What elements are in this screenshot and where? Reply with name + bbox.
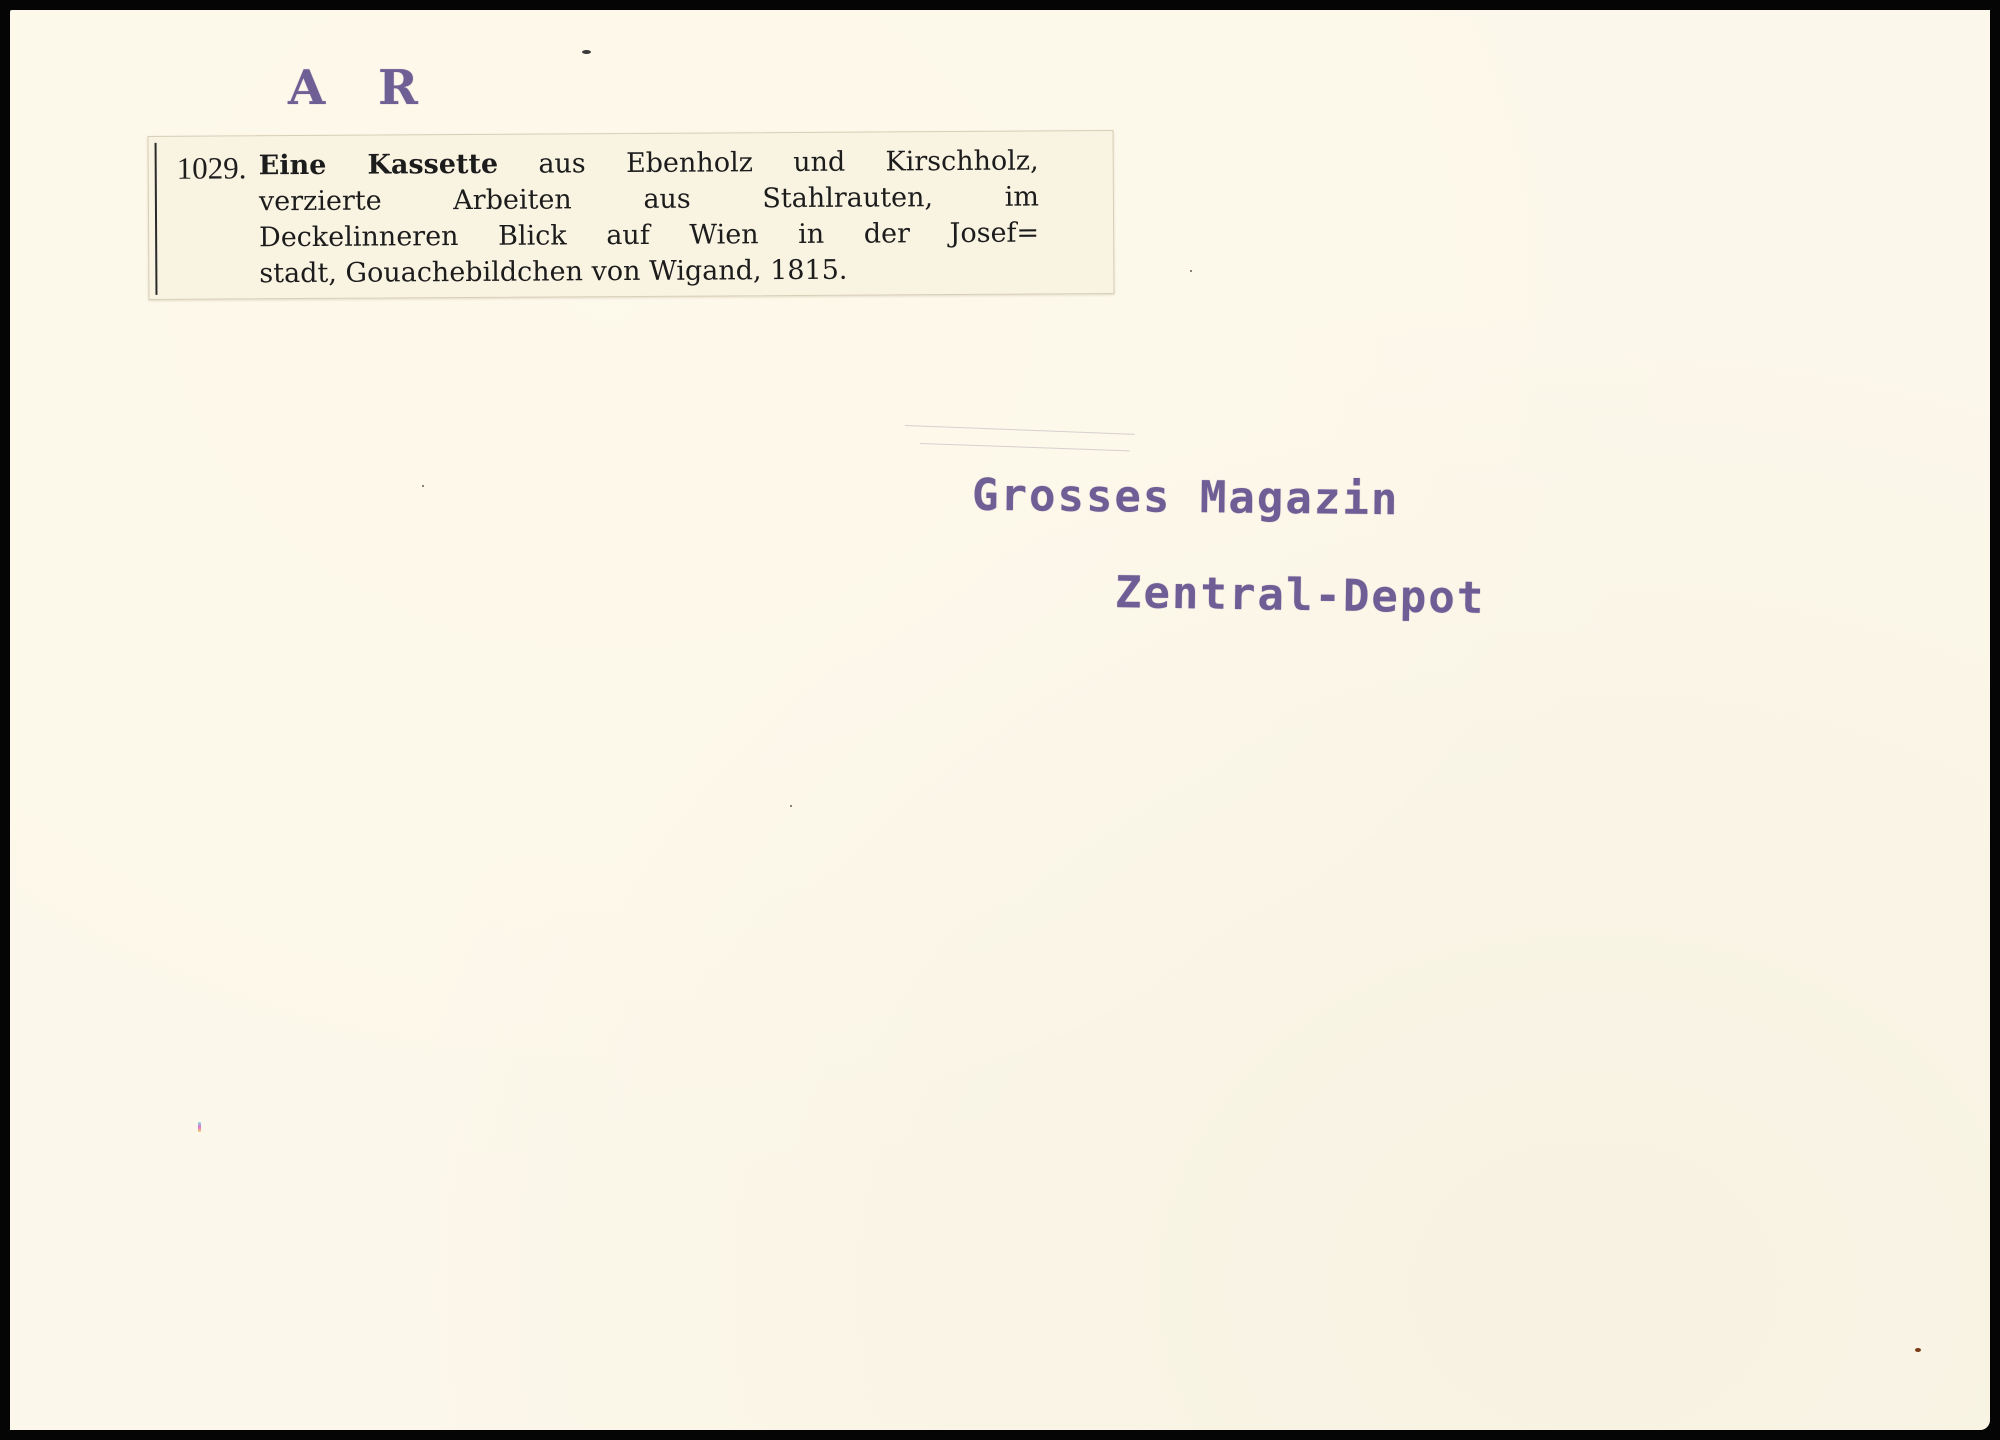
paper-speck	[198, 1122, 201, 1132]
catalogue-card: A R 1029. Eine Kassette aus Ebenholz und…	[10, 10, 1990, 1430]
clipping-line-1: Eine Kassette aus Ebenholz und Kirschhol…	[259, 144, 1039, 185]
paper-speck	[422, 485, 424, 487]
depot-stamp-line-2: Zentral-Depot	[1115, 567, 1486, 624]
depot-stamp-line-1: Grosses Magazin	[972, 470, 1400, 525]
paper-speck	[1190, 270, 1192, 272]
paper-speck	[1915, 1348, 1921, 1352]
scratch-mark	[920, 443, 1130, 451]
clipping-line-4: stadt, Gouachebildchen von Wigand, 1815.	[259, 252, 1039, 293]
catalogue-number: 1029.	[177, 150, 247, 186]
ink-speck	[582, 50, 591, 54]
item-title: Eine Kassette	[259, 149, 499, 181]
paper-speck	[790, 805, 792, 807]
clipping-description: Eine Kassette aus Ebenholz und Kirschhol…	[259, 144, 1040, 293]
initials-stamp: A R	[288, 60, 436, 116]
clipping-line-2: verzierte Arbeiten aus Stahlrauten, im	[259, 180, 1039, 221]
newspaper-clipping: 1029. Eine Kassette aus Ebenholz und Kir…	[148, 130, 1115, 300]
scratch-mark	[905, 425, 1135, 435]
clipping-left-rule	[155, 143, 158, 295]
clipping-line-3: Deckelinneren Blick auf Wien in der Jose…	[259, 216, 1039, 257]
